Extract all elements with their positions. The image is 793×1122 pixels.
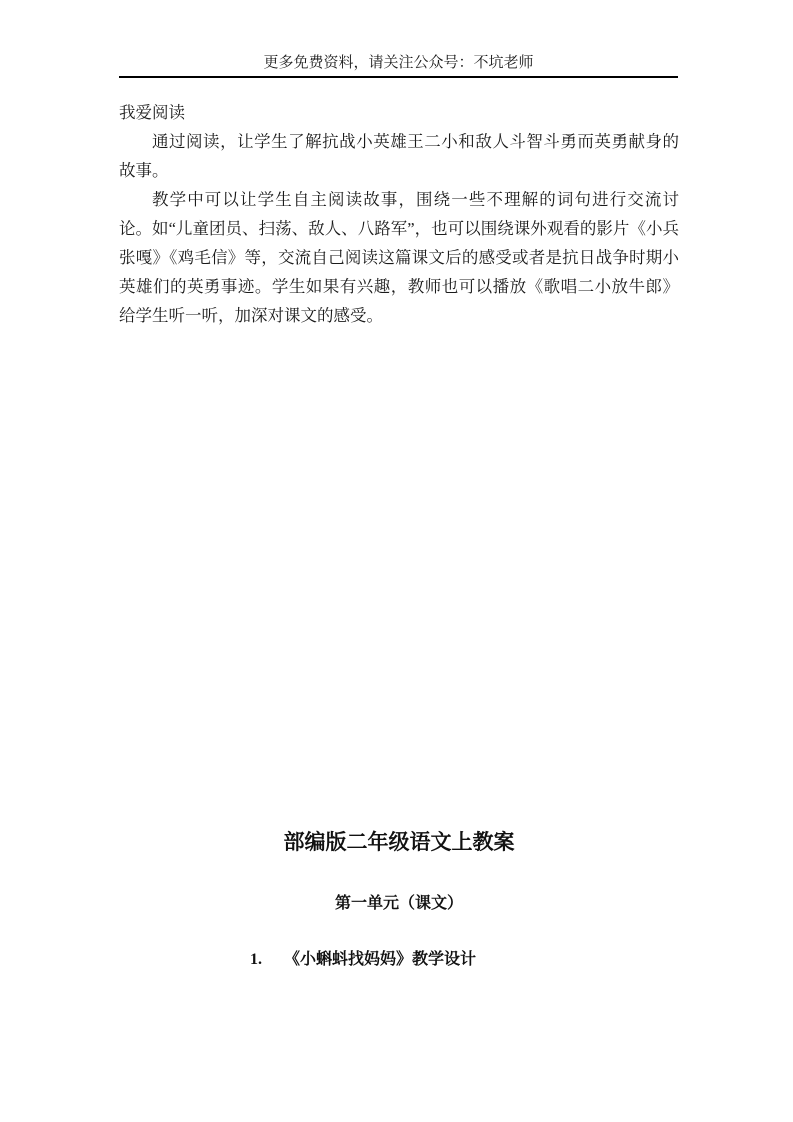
header-banner-text: 更多免费资料，请关注公众号：不坑老师 <box>119 53 678 73</box>
lesson-number: 1. <box>250 948 262 972</box>
lesson-title: 《小蝌蚪找妈妈》教学设计 <box>284 948 476 972</box>
document-title: 部编版二年级语文上教案 <box>119 828 679 858</box>
lesson-heading: 1. 《小蝌蚪找妈妈》教学设计 <box>119 948 679 972</box>
document-body: 我爱阅读 通过阅读，让学生了解抗战小英雄王二小和敌人斗智斗勇而英勇献身的故事。 … <box>119 98 679 972</box>
paragraph-2: 教学中可以让学生自主阅读故事，围绕一些不理解的词句进行交流讨论。如“儿童团员、扫… <box>119 185 679 330</box>
page-header: 更多免费资料，请关注公众号：不坑老师 <box>119 0 678 78</box>
unit-title: 第一单元（课文） <box>119 892 679 916</box>
section-label: 我爱阅读 <box>119 98 679 127</box>
document-page: 更多免费资料，请关注公众号：不坑老师 我爱阅读 通过阅读，让学生了解抗战小英雄王… <box>0 0 793 1122</box>
paragraph-1: 通过阅读，让学生了解抗战小英雄王二小和敌人斗智斗勇而英勇献身的故事。 <box>119 127 679 185</box>
